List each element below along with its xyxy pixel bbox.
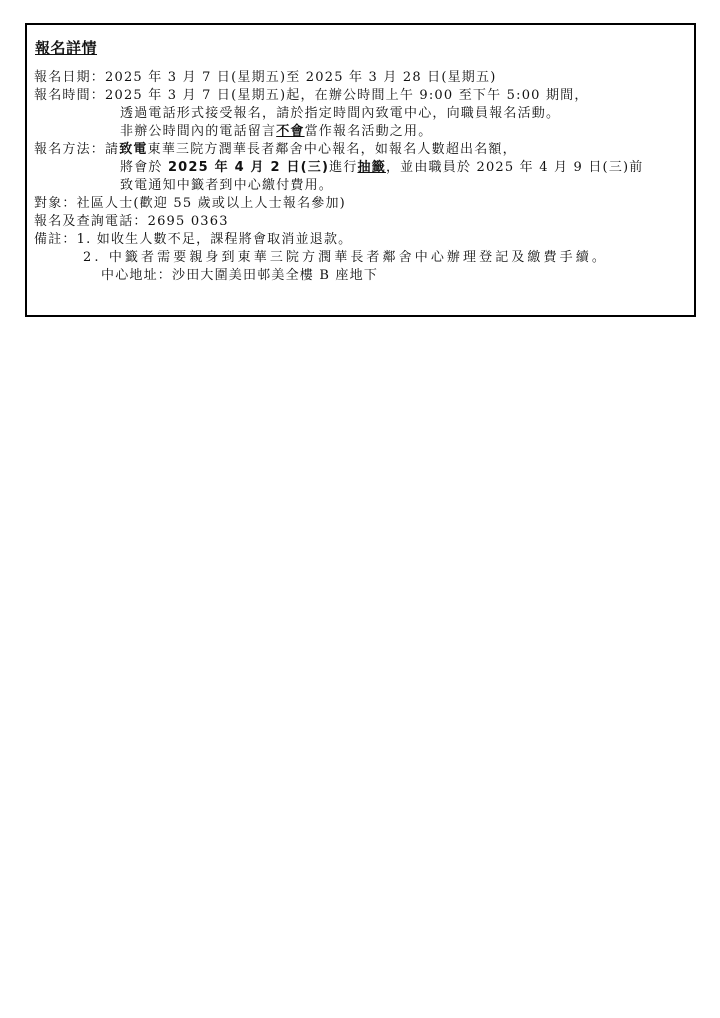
remark-2: 2. 中籤者需要親身到東華三院方潤華長者鄰舍中心辦理登記及繳費手續。 <box>83 249 608 267</box>
registration-method-line3: 致電通知中籤者到中心繳付費用。 <box>120 177 333 195</box>
text: 進行 <box>329 160 357 175</box>
registration-method-line2: 將會於 2025 年 4 月 2 日(三)進行抽籤，並由職員於 2025 年 4… <box>120 159 644 177</box>
registration-time-line3: 非辦公時間內的電話留言不會當作報名活動之用。 <box>120 123 432 141</box>
time-label: 報名時間： <box>34 88 105 103</box>
target-audience: 對象：社區人士(歡迎 55 歲或以上人士報名參加) <box>34 195 346 213</box>
text: 非辦公時間內的電話留言 <box>120 124 276 139</box>
text: 將會於 <box>120 160 168 175</box>
text: 1. 如收生人數不足，課程將會取消並退款。 <box>77 232 353 247</box>
draw-date: 2025 年 4 月 2 日(三) <box>168 160 329 175</box>
registration-date: 報名日期：2025 年 3 月 7 日(星期五)至 2025 年 3 月 28 … <box>34 69 496 87</box>
emphasis-call: 致電 <box>119 142 147 157</box>
emphasis-not: 不會 <box>276 124 304 139</box>
remark-1: 備註：1. 如收生人數不足，課程將會取消並退款。 <box>34 231 352 249</box>
date-value: 2025 年 3 月 7 日(星期五)至 2025 年 3 月 28 日(星期五… <box>105 70 496 85</box>
text: ，並由職員於 2025 年 4 月 9 日(三)前 <box>386 160 644 175</box>
registration-method: 報名方法：請致電東華三院方潤華長者鄰舍中心報名，如報名人數超出名額， <box>34 141 517 159</box>
emphasis-draw: 抽籤 <box>358 160 386 175</box>
enquiry-phone: 報名及查詢電話：2695 0363 <box>34 213 229 231</box>
registration-details-box: 報名詳情 報名日期：2025 年 3 月 7 日(星期五)至 2025 年 3 … <box>25 23 696 317</box>
time-value: 2025 年 3 月 7 日(星期五)起，在辦公時間上午 9:00 至下午 5:… <box>105 88 589 103</box>
text: 當作報名活動之用。 <box>305 124 433 139</box>
remarks-label: 備註： <box>34 232 77 247</box>
section-title: 報名詳情 <box>35 37 97 58</box>
center-address: 中心地址：沙田大圍美田邨美全樓 B 座地下 <box>101 267 378 285</box>
method-label: 報名方法： <box>34 142 105 157</box>
text: 東華三院方潤華長者鄰舍中心報名，如報名人數超出名額， <box>148 142 517 157</box>
text: 請 <box>105 142 119 157</box>
registration-time-line2: 透過電話形式接受報名，請於指定時間內致電中心，向職員報名活動。 <box>120 105 560 123</box>
registration-time: 報名時間：2025 年 3 月 7 日(星期五)起，在辦公時間上午 9:00 至… <box>34 87 589 105</box>
date-label: 報名日期： <box>34 70 105 85</box>
